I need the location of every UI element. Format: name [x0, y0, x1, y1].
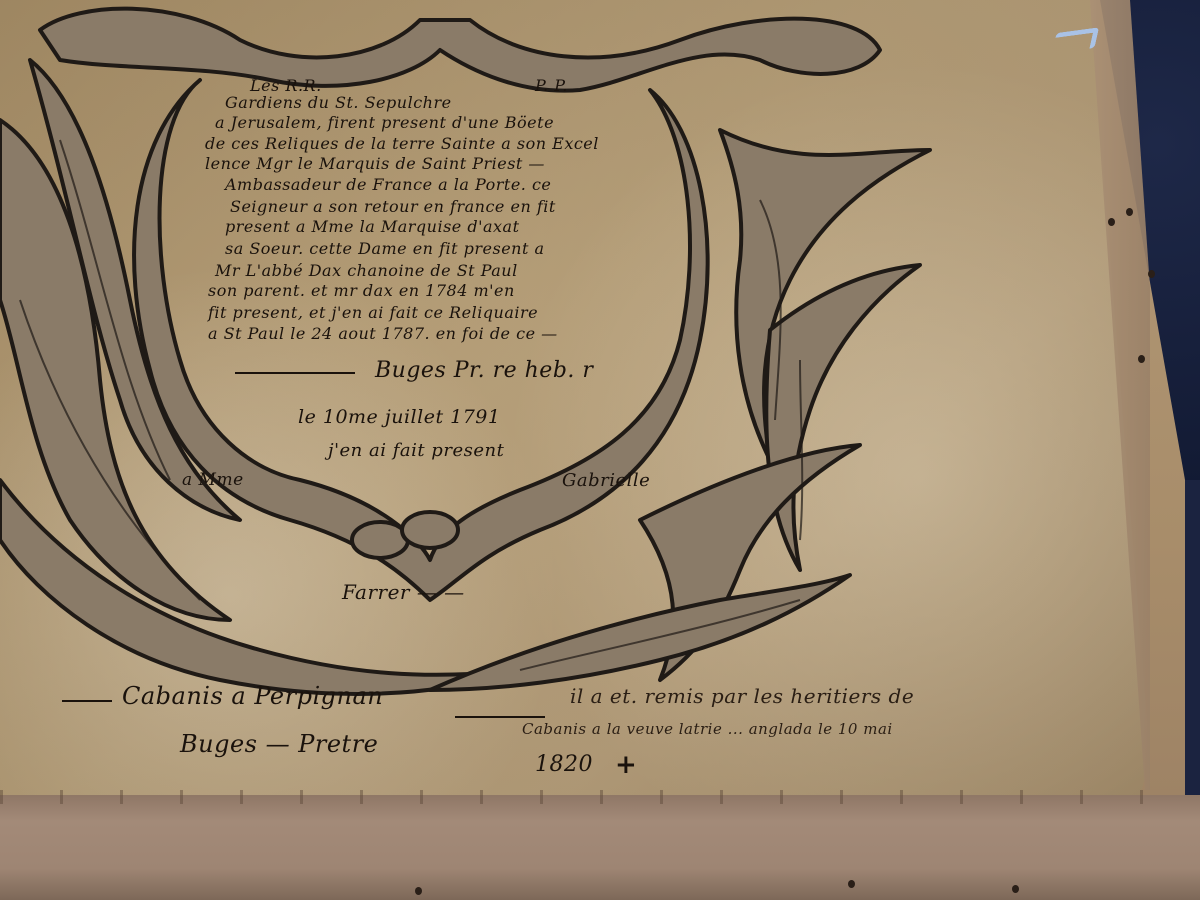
- signature-buges-1787: Buges Pr. re heb. r: [375, 358, 593, 383]
- manuscript-line: Seigneur a son retour en france en fit: [230, 197, 556, 216]
- recipient-name: Gabrielle: [562, 470, 650, 491]
- gift-line: j'en ai fait present: [328, 440, 504, 461]
- footer-rule: [62, 700, 112, 702]
- recipient-prefix: a Mme: [182, 470, 244, 490]
- footer-rule: [455, 716, 545, 718]
- manuscript-line: sa Soeur. cette Dame en fit present a: [225, 239, 545, 258]
- footer-buges-pretre: Buges — Pretre: [180, 730, 378, 758]
- manuscript-line: fit present, et j'en ai fait ce Reliquai…: [208, 303, 538, 322]
- acanthus-cartouche-ornament: [0, 0, 1200, 900]
- footer-note-line-2: Cabanis a la veuve latrie ... anglada le…: [522, 720, 893, 738]
- manuscript-line: Ambassadeur de France a la Porte. ce: [225, 175, 551, 194]
- manuscript-photo: Les R.R. P. P. Gardiens du St. Sepulchre…: [0, 0, 1200, 900]
- date-1791: le 10me juillet 1791: [298, 406, 500, 428]
- footer-cabanis-perpignan: Cabanis a Perpignan: [122, 682, 383, 710]
- signature-rule: [235, 372, 355, 374]
- footer-note-line-1: il a et. remis par les heritiers de: [570, 684, 914, 708]
- cross-mark-icon: +: [615, 750, 637, 780]
- manuscript-line: Mr L'abbé Dax chanoine de St Paul: [215, 261, 518, 280]
- manuscript-line: de ces Reliques de la terre Sainte a son…: [205, 134, 599, 153]
- name-farrer: Farrer — —: [342, 580, 465, 604]
- manuscript-line: present a Mme la Marquise d'axat: [225, 217, 520, 236]
- manuscript-line: lence Mgr le Marquis de Saint Priest —: [205, 154, 545, 173]
- manuscript-line: a Jerusalem, firent present d'une Böete: [215, 113, 554, 132]
- heading-right: P. P.: [535, 76, 568, 95]
- manuscript-line: a St Paul le 24 aout 1787. en foi de ce …: [208, 324, 558, 343]
- manuscript-line: son parent. et mr dax en 1784 m'en: [208, 281, 515, 300]
- footer-year-1820: 1820: [535, 752, 593, 777]
- manuscript-line: Gardiens du St. Sepulchre: [225, 93, 452, 112]
